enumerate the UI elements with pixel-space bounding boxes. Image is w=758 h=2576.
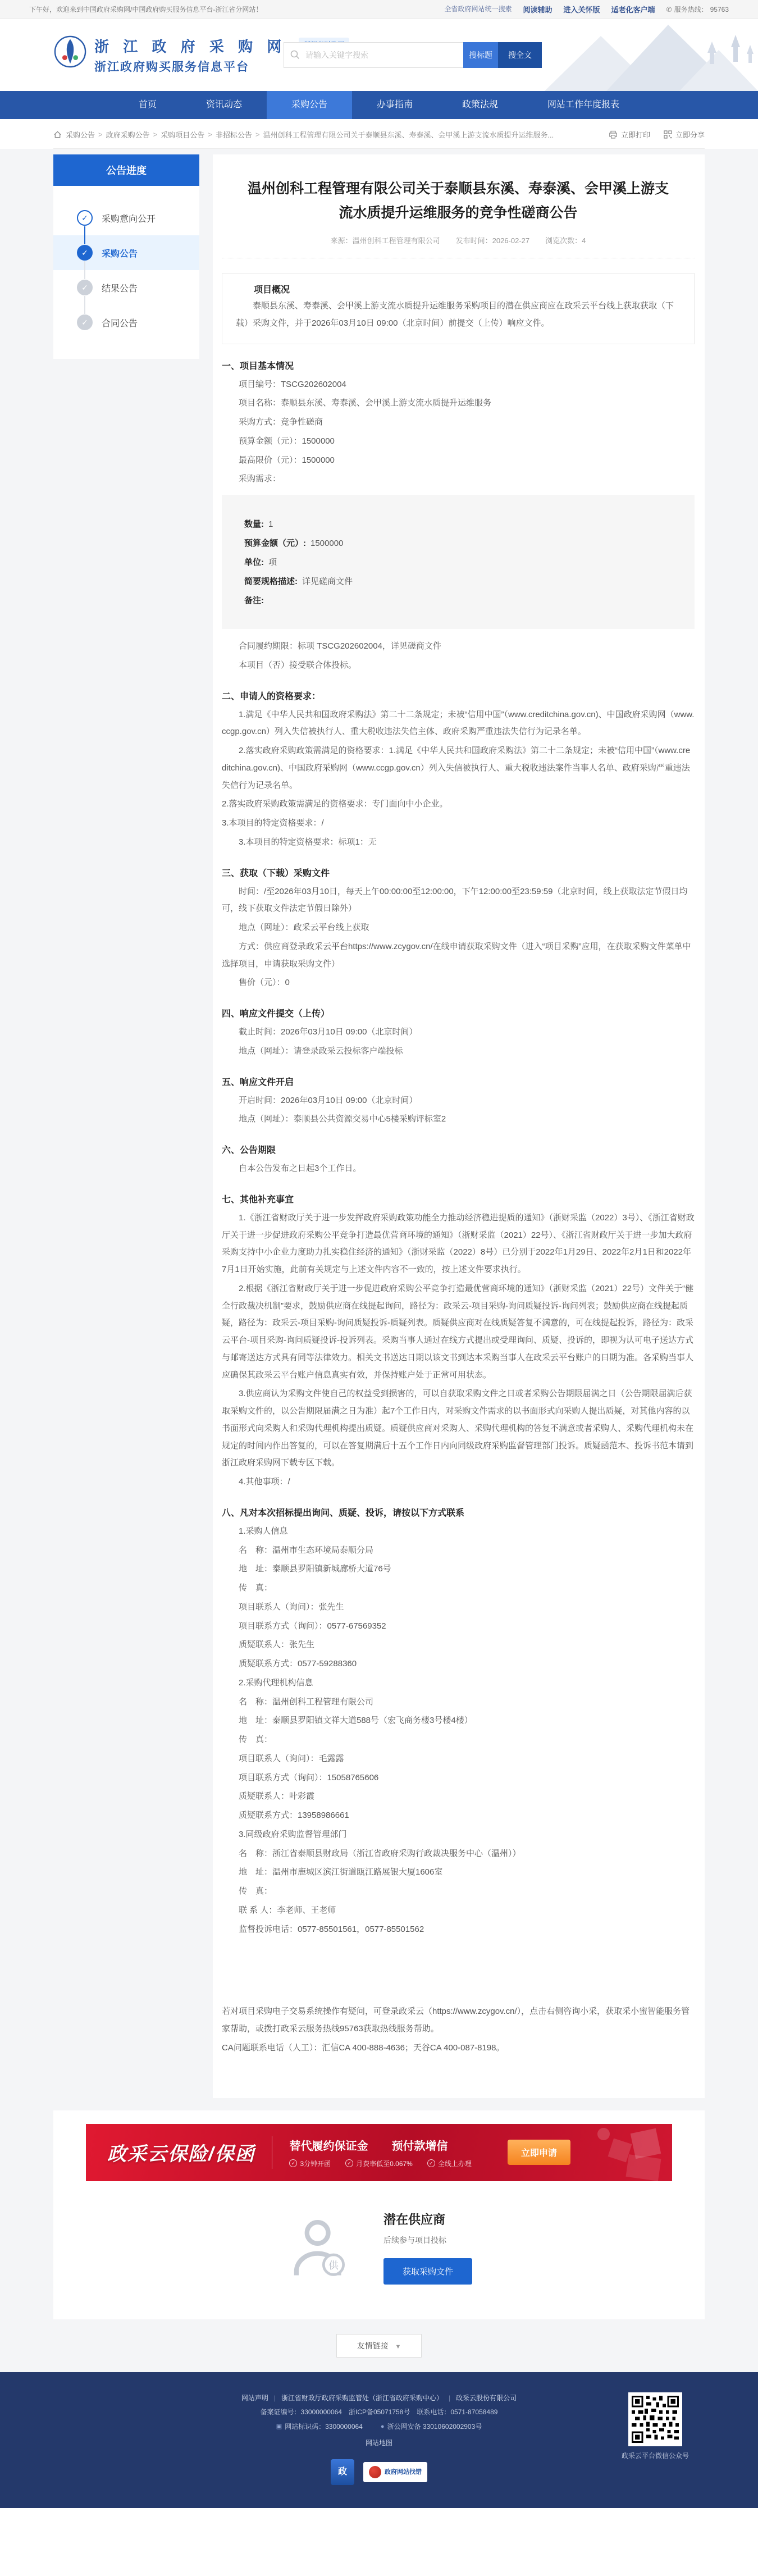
site-title: 浙 江 政 府 采 购 网 (94, 35, 286, 56)
share-button[interactable]: 立即分享 (664, 129, 705, 140)
hotline-number: 95763 (710, 6, 729, 13)
vertical-gap (222, 1940, 695, 2001)
detail-line: 预算金额（元）:1500000 (244, 537, 672, 549)
banner-features: ✓3分钟开函✓月费率低至0.067%✓全线上办理 (289, 2159, 471, 2168)
paragraph: 时间：/至2026年03月10日，每天上午00:00:00至12:00:00，下… (222, 883, 695, 918)
breadcrumb-separator: > (153, 130, 158, 139)
section-heading: 二、申请人的资格要求： (222, 689, 695, 702)
potential-supplier-section: 供 潜在供应商 后续参与项目投标 获取采购文件 (86, 2181, 672, 2319)
footer-link-0[interactable]: 网站声明 (241, 2394, 268, 2402)
sidebar-step-label: 结果公告 (102, 281, 138, 294)
shield-icon: ● (381, 2420, 385, 2433)
footer-links: 网站声明|浙江省财政厅政府采购监管处（浙江省政府采购中心）|政采云股份有限公司 (143, 2391, 615, 2405)
sidebar-step-3[interactable]: ✓合同公告 (53, 305, 199, 340)
paragraph: 项目联系方式（询问）：0577-67569352 (222, 1618, 695, 1635)
paragraph: 传 真： (222, 1883, 695, 1900)
detail-label: 简要规格描述: (244, 577, 298, 586)
qr-caption: 政采云平台微信公众号 (622, 2451, 689, 2460)
detail-line: 简要规格描述:详见磋商文件 (244, 575, 672, 587)
paragraph: 项目联系人（询问）：毛露露 (222, 1750, 695, 1768)
wechat-qr-code (628, 2392, 682, 2446)
banner-point-1: 预付款增信 (391, 2137, 448, 2153)
paragraph: 3.同级政府采购监督管理部门 (222, 1826, 695, 1844)
site-logo-emblem-icon (54, 35, 86, 68)
paragraph: 质疑联系人：张先生 (222, 1636, 695, 1654)
meta-source: 来源：温州创科工程管理有限公司 (331, 235, 440, 245)
detail-value: 详见磋商文件 (302, 577, 353, 586)
banner-feature-2: ✓全线上办理 (427, 2159, 472, 2168)
footer-record-line: 备案证编号：33000000064 浙ICP备05071758号 联系电话：05… (143, 2405, 615, 2419)
banner-feature-0: ✓3分钟开函 (289, 2159, 331, 2168)
paragraph: 项目联系人（询问）：张先生 (222, 1599, 695, 1616)
svg-text:供: 供 (328, 2259, 339, 2270)
topbar-links: 全省政府网站统一搜索阅读辅助进入关怀版适老化客户端 (444, 4, 655, 15)
detail-line: 数量:1 (244, 518, 672, 530)
get-procurement-file-button[interactable]: 获取采购文件 (383, 2258, 472, 2285)
chevron-down-icon: ▼ (395, 2344, 401, 2350)
topbar-link-3[interactable]: 适老化客户端 (611, 4, 655, 15)
gov-site-error-report-badge[interactable]: 政府网站找错 (363, 2462, 427, 2482)
paragraph: 项目名称：泰顺县东溪、寿泰溪、会甲溪上游支流水质提升运维服务 (222, 395, 695, 412)
search-input[interactable] (284, 42, 463, 68)
breadcrumb: 采购公告>政府采购公告>采购项目公告>非招标公告>温州创科工程管理有限公司关于泰… (66, 129, 554, 140)
paragraph: 地 址：温州市鹿城区滨江街道瓯江路展银大厦1606室 (222, 1864, 695, 1881)
paragraph: 3.本项目的特定资格要求：标项1：无 (222, 834, 695, 851)
paragraph: 1.《浙江省财政厅关于进一步发挥政府采购政策功能全力推动经济稳进提质的通知》（浙… (222, 1210, 695, 1279)
paragraph: 名 称：浙江省泰顺县财政局（浙江省政府采购行政裁决服务中心（温州）） (222, 1845, 695, 1863)
breadcrumb-link-3[interactable]: 非招标公告 (216, 129, 252, 140)
paragraph: 1.满足《中华人民共和国政府采购法》第二十二条规定；未被“信用中国”（www.c… (222, 706, 695, 741)
banner-feature-text: 全线上办理 (438, 2159, 472, 2168)
paragraph: 质疑联系方式：0577-59288360 (222, 1656, 695, 1673)
sidebar-step-2[interactable]: ✓结果公告 (53, 270, 199, 305)
site-subtitle: 浙江政府购买服务信息平台 (94, 58, 286, 75)
topbar-link-1[interactable]: 阅读辅助 (523, 4, 552, 15)
breadcrumb-separator: > (255, 130, 260, 139)
topbar-link-0[interactable]: 全省政府网站统一搜索 (444, 4, 512, 15)
article-blocks: 一、项目基本情况项目编号：TSCG202602004项目名称：泰顺县东溪、寿泰溪… (222, 359, 695, 2057)
qr-share-icon (664, 130, 672, 139)
service-hotline: ✆ 服务热线： 95763 (666, 4, 729, 14)
nav-item-4[interactable]: 政策法规 (437, 91, 523, 119)
hotline-label: 服务热线： (674, 4, 708, 14)
breadcrumb-link-2[interactable]: 采购项目公告 (161, 129, 204, 140)
announcement-document: 温州创科工程管理有限公司关于泰顺县东溪、寿泰溪、会甲溪上游支流水质提升运维服务的… (213, 154, 705, 2098)
site-search: 搜标题 搜全文 (284, 42, 542, 68)
paragraph: 预算金额（元）：1500000 (222, 433, 695, 450)
sitemap-link[interactable]: 网站地图 (143, 2436, 615, 2450)
paragraph: 售价（元）：0 (222, 974, 695, 992)
detail-label: 数量: (244, 519, 264, 529)
paragraph: 名 称：温州市生态环境局泰顺分局 (222, 1542, 695, 1560)
search-fulltext-button[interactable]: 搜全文 (498, 42, 542, 68)
nav-item-3[interactable]: 办事指南 (352, 91, 437, 119)
friend-links-dropdown[interactable]: 友情链接 ▼ (336, 2334, 422, 2358)
breadcrumb-band: 采购公告>政府采购公告>采购项目公告>非招标公告>温州创科工程管理有限公司关于泰… (0, 119, 758, 149)
nav-item-0[interactable]: 首页 (114, 91, 181, 119)
paragraph: 地点（网址）：泰顺县公共资源交易中心5楼采购评标室2 (222, 1111, 695, 1128)
print-button[interactable]: 立即打印 (609, 129, 650, 140)
paragraph: 最高限价（元）：1500000 (222, 452, 695, 469)
paragraph: 2.根据《浙江省财政厅关于进一步促进政府采购公平竞争打造最优营商环境的通知》（浙… (222, 1280, 695, 1384)
paragraph: 4.其他事项：/ (222, 1474, 695, 1491)
paragraph: 地 址：泰顺县罗阳镇新城廊桥大道76号 (222, 1561, 695, 1578)
banner-point-0: 替代履约保证金 (289, 2137, 368, 2153)
site-footer: 网站声明|浙江省财政厅政府采购监管处（浙江省政府采购中心）|政采云股份有限公司 … (0, 2372, 758, 2508)
gov-site-badge[interactable]: 政 (331, 2459, 354, 2485)
paragraph: CA问题联系电话（人工）：汇信CA 400-888-4636；天谷CA 400-… (222, 2040, 695, 2057)
paragraph: 地 址：泰顺县罗阳镇文祥大道588号（宏飞商务楼3号楼4楼） (222, 1712, 695, 1730)
meta-views: 浏览次数：4 (545, 235, 586, 245)
check-circle-icon: ✓ (77, 314, 93, 330)
requirement-detail-box: 数量:1预算金额（元）:1500000单位:项简要规格描述:详见磋商文件备注: (222, 495, 695, 629)
person-supplier-icon: 供 (286, 2214, 352, 2281)
breadcrumb-link-1[interactable]: 政府采购公告 (106, 129, 150, 140)
check-circle-icon: ✓ (77, 245, 93, 261)
paragraph: 地点（网址）：政采云平台线上获取 (222, 919, 695, 937)
paragraph: 联 系 人：李老师、王老师 (222, 1902, 695, 1920)
check-icon: ✓ (289, 2159, 297, 2167)
paragraph: 名 称：温州创科工程管理有限公司 (222, 1694, 695, 1711)
topbar-link-2[interactable]: 进入关怀版 (564, 4, 600, 15)
section-heading: 五、响应文件开启 (222, 1075, 695, 1088)
nav-item-1[interactable]: 资讯动态 (181, 91, 267, 119)
search-title-button[interactable]: 搜标题 (463, 42, 498, 68)
main-nav: 首页资讯动态采购公告办事指南政策法规网站工作年度报表 (0, 91, 758, 119)
paragraph: 2.落实政府采购政策需满足的资格要求：专门面向中小企业。 (222, 796, 695, 813)
breadcrumb-separator: > (98, 130, 103, 139)
paragraph: 采购方式：竞争性磋商 (222, 414, 695, 431)
sidebar-title: 公告进度 (53, 154, 199, 186)
banner-title: 政采云保险/保函 (107, 2139, 255, 2166)
page-title: 温州创科工程管理有限公司关于泰顺县东溪、寿泰溪、会甲溪上游支流水质提升运维服务的… (244, 177, 672, 225)
section-heading: 三、获取（下载）采购文件 (222, 866, 695, 879)
paragraph: 方式：供应商登录政采云平台https://www.zcygov.cn/在线申请获… (222, 938, 695, 973)
check-icon: ✓ (345, 2159, 353, 2167)
check-circle-icon: ✓ (77, 210, 93, 226)
print-label: 立即打印 (621, 129, 650, 140)
paragraph: 截止时间：2026年03月10日 09:00（北京时间） (222, 1024, 695, 1041)
paragraph: 传 真： (222, 1731, 695, 1749)
paragraph: 2.落实政府采购政策需满足的资格要求：1.满足《中华人民共和国政府采购法》第二十… (222, 742, 695, 794)
banner-feature-text: 月费率低至0.067% (356, 2159, 413, 2168)
nav-item-2[interactable]: 采购公告 (267, 91, 352, 119)
overview-text: 泰顺县东溪、寿泰溪、会甲溪上游支流水质提升运维服务采购项目的潜在供应商应在政采云… (236, 298, 681, 332)
paragraph: 质疑联系人：叶彩霞 (222, 1788, 695, 1806)
section-heading: 八、凡对本次招标提出询问、质疑、投诉，请按以下方式联系 (222, 1506, 695, 1519)
meta-publish-time: 发布时间：2026-02-27 (456, 235, 530, 245)
sidebar-steps: ✓采购意向公开✓采购公告✓结果公告✓合同公告 (53, 186, 199, 340)
promo-band: 政采云保险/保函 替代履约保证金预付款增信 ✓3分钟开函✓月费率低至0.067%… (53, 2110, 705, 2319)
nav-item-5[interactable]: 网站工作年度报表 (523, 91, 644, 119)
topbar: 下午好，欢迎来到中国政府采购网/中国政府购买服务信息平台-浙江省分网站！ 全省政… (0, 0, 758, 19)
banner-divider (272, 2136, 272, 2169)
sidebar-step-0[interactable]: ✓采购意向公开 (53, 200, 199, 235)
section-heading: 一、项目基本情况 (222, 359, 695, 372)
project-overview-box: 项目概况 泰顺县东溪、寿泰溪、会甲溪上游支流水质提升运维服务采购项目的潜在供应商… (222, 273, 695, 344)
footer-line3: ▣网站标识码：3300000064●浙公网安备 33010602002903号 (143, 2419, 615, 2434)
id-badge-icon: ▣ (276, 2420, 282, 2433)
topbar-greeting: 下午好，欢迎来到中国政府采购网/中国政府购买服务信息平台-浙江省分网站！ (29, 4, 262, 14)
footer-link-1[interactable]: 浙江省财政厅政府采购监管处（浙江省政府采购中心） (281, 2394, 443, 2402)
announcement-progress-sidebar: 公告进度 ✓采购意向公开✓采购公告✓结果公告✓合同公告 (53, 154, 199, 359)
paragraph: 项目编号：TSCG202602004 (222, 376, 695, 394)
footer-record-text: 网站标识码：3300000064 (285, 2420, 363, 2434)
detail-label: 单位: (244, 558, 264, 567)
detail-value: 项 (268, 558, 277, 567)
banner-feature-1: ✓月费率低至0.067% (345, 2159, 413, 2168)
overview-title: 项目概况 (236, 282, 681, 295)
friend-links-label: 友情链接 (357, 2341, 389, 2350)
paragraph: 3.供应商认为采购文件使自己的权益受到损害的，可以自获取采购文件之日或者采购公告… (222, 1385, 695, 1472)
paragraph: 开启时间：2026年03月10日 09:00（北京时间） (222, 1092, 695, 1110)
check-icon: ✓ (427, 2159, 435, 2167)
share-label: 立即分享 (675, 129, 705, 140)
footer-record-item-1: ●浙公网安备 33010602002903号 (381, 2420, 482, 2434)
paragraph: 地点（网址）：请登录政采云投标客户端投标 (222, 1043, 695, 1060)
detail-value: 1500000 (310, 539, 343, 548)
insurance-banner[interactable]: 政采云保险/保函 替代履约保证金预付款增信 ✓3分钟开函✓月费率低至0.067%… (86, 2124, 672, 2181)
footer-record-text: 浙公网安备 33010602002903号 (387, 2420, 482, 2434)
paragraph: 若对项目采购电子交易系统操作有疑问，可登录政采云（https://www.zcy… (222, 2003, 695, 2038)
banner-feature-text: 3分钟开函 (300, 2159, 331, 2168)
detail-label: 预算金额（元）: (244, 539, 306, 548)
detail-value: 1 (268, 519, 273, 529)
paragraph: 采购需求： (222, 471, 695, 488)
footer-link-2[interactable]: 政采云股份有限公司 (456, 2394, 517, 2402)
home-icon[interactable] (53, 130, 62, 139)
sidebar-step-label: 合同公告 (102, 316, 138, 329)
error-report-emblem-icon (369, 2466, 381, 2478)
paragraph: 本项目（否）接受联合体投标。 (222, 657, 695, 674)
detail-line: 备注: (244, 594, 672, 606)
footer-separator: | (274, 2394, 276, 2402)
search-icon (290, 50, 300, 60)
paragraph: 2.采购代理机构信息 (222, 1675, 695, 1692)
section-heading: 七、其他补充事宜 (222, 1192, 695, 1205)
sidebar-step-label: 采购公告 (102, 247, 138, 259)
paragraph: 质疑联系方式：13958986661 (222, 1807, 695, 1825)
mountain-watermark (522, 19, 758, 91)
detail-line: 单位:项 (244, 556, 672, 568)
paragraph: 自本公告发布之日起3个工作日。 (222, 1160, 695, 1178)
paragraph: 项目联系方式（询问）：15058765606 (222, 1770, 695, 1787)
paragraph: 合同履约期限：标项 TSCG202602004，详见磋商文件 (222, 638, 695, 655)
section-heading: 四、响应文件提交（上传） (222, 1006, 695, 1019)
paragraph: 传 真： (222, 1580, 695, 1597)
apply-now-button[interactable]: 立即申请 (508, 2140, 570, 2165)
footer-separator: | (449, 2394, 450, 2402)
detail-label: 备注: (244, 596, 264, 605)
breadcrumb-current: 温州创科工程管理有限公司关于泰顺县东溪、寿泰溪、会甲溪上游支流水质提升运维服务.… (263, 129, 554, 140)
check-circle-icon: ✓ (77, 280, 93, 295)
footer-record-item-0: ▣网站标识码：3300000064 (276, 2420, 363, 2434)
site-header: 浙 江 政 府 采 购 网 浙江政府购买服务信息平台 浙江省财政厅 搜标题 搜全… (0, 19, 758, 91)
paragraph: 3.本项目的特定资格要求：/ (222, 815, 695, 832)
printer-icon (609, 130, 618, 139)
paragraph: 1.采购人信息 (222, 1523, 695, 1540)
sidebar-step-label: 采购意向公开 (102, 212, 156, 225)
sidebar-step-1[interactable]: ✓采购公告 (53, 235, 199, 270)
supplier-title: 潜在供应商 (383, 2210, 472, 2228)
breadcrumb-link-0[interactable]: 采购公告 (66, 129, 95, 140)
article-meta: 来源：温州创科工程管理有限公司 发布时间：2026-02-27 浏览次数：4 (222, 235, 695, 258)
supplier-subtitle: 后续参与项目投标 (383, 2235, 472, 2246)
banner-points: 替代履约保证金预付款增信 (289, 2137, 471, 2153)
section-heading: 六、公告期限 (222, 1143, 695, 1156)
paragraph: 监督投诉电话：0577-85501561，0577-85501562 (222, 1921, 695, 1939)
phone-icon: ✆ (666, 6, 672, 13)
breadcrumb-separator: > (208, 130, 212, 139)
